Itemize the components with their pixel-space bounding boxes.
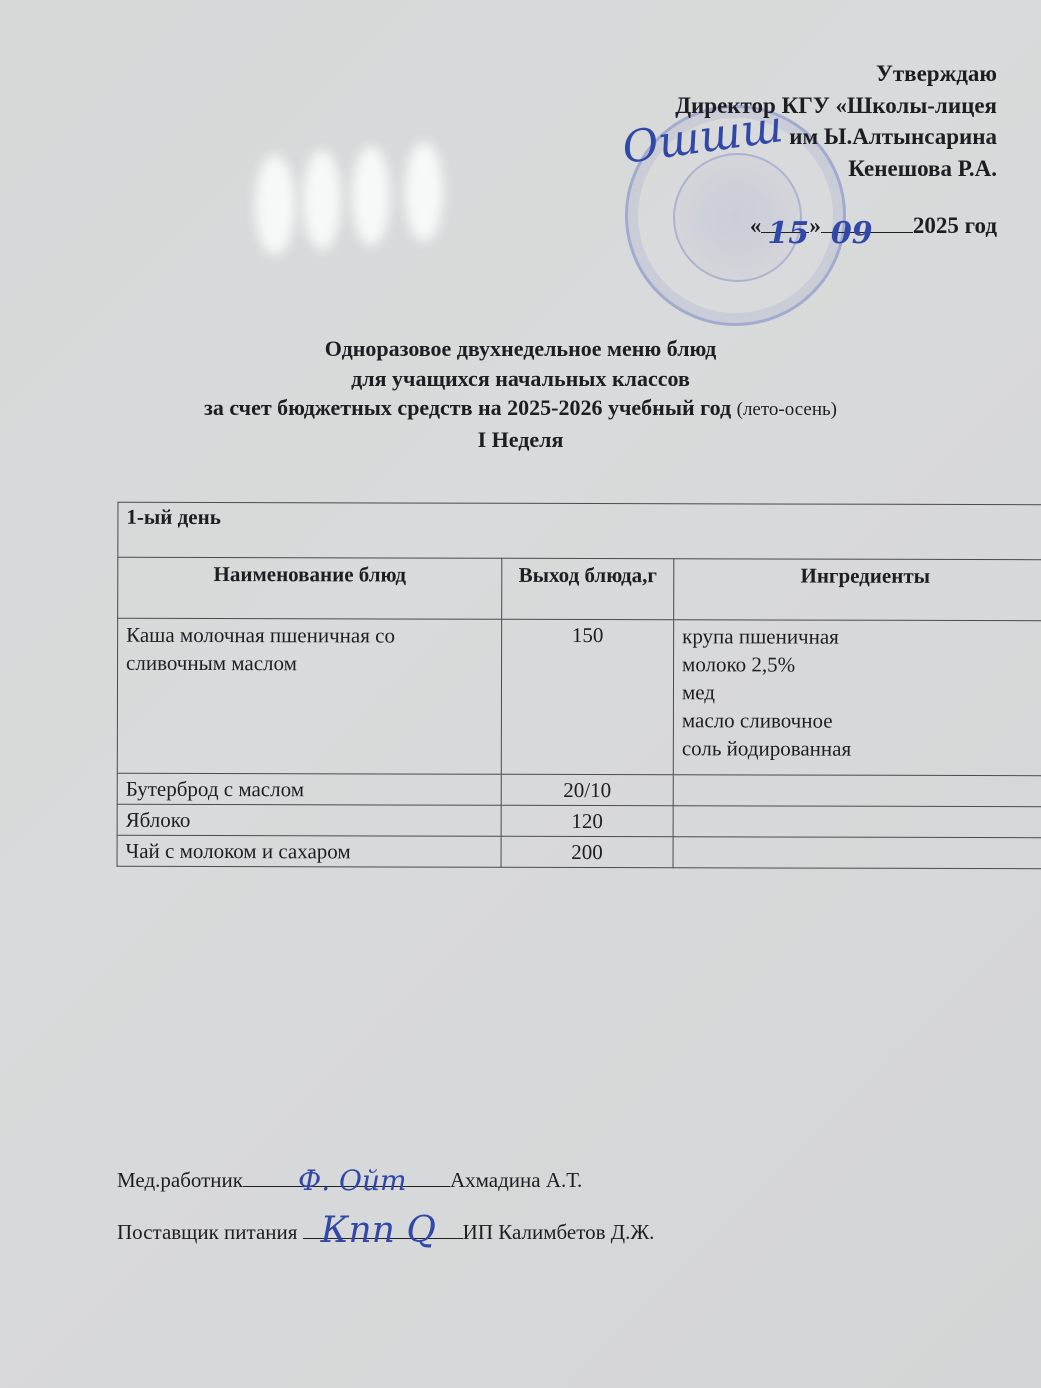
dish-output: 20/10	[501, 774, 673, 805]
dish-ingredients	[673, 837, 1041, 869]
glare-reflection	[255, 155, 295, 255]
title-line: за счет бюджетных средств на 2025-2026 у…	[0, 393, 1041, 425]
title-line: Одноразовое двухнедельное меню блюд	[0, 334, 1041, 364]
glare-reflection	[303, 150, 341, 250]
header-output: Выход блюда,г	[502, 558, 674, 619]
document-title: Одноразовое двухнедельное меню блюд для …	[0, 334, 1041, 454]
supplier-signature: Кпп Q	[321, 1210, 436, 1251]
table-row: Яблоко 120	[117, 804, 1041, 837]
dish-ingredients	[673, 775, 1041, 807]
table-row: Каша молочная пшеничная со сливочным мас…	[117, 618, 1041, 775]
dish-output: 150	[501, 619, 673, 774]
glare-reflection	[405, 142, 443, 242]
day-label: 1-ый день	[118, 502, 1041, 559]
menu-table: 1-ый день Наименование блюд Выход блюда,…	[117, 502, 1041, 869]
header-dish-name: Наименование блюд	[118, 557, 502, 619]
dish-name: Яблоко	[117, 804, 501, 836]
header-row: Наименование блюд Выход блюда,г Ингредие…	[118, 557, 1041, 620]
dish-ingredients	[673, 806, 1041, 838]
medic-signature: Ф. Ойт	[298, 1164, 407, 1197]
season-label: (лето-осень)	[737, 399, 837, 420]
dish-output: 120	[501, 805, 673, 836]
dish-output: 200	[501, 836, 673, 867]
week-label: I Неделя	[0, 425, 1041, 455]
approval-date: «15»092025 год	[675, 210, 997, 242]
medic-signature-line: Мед.работникФ. ОйтАхмадина А.Т.	[117, 1168, 582, 1193]
table-row: Бутерброд с маслом 20/10	[117, 773, 1041, 806]
date-day: 15	[761, 232, 809, 233]
glare-reflection	[352, 146, 390, 246]
day-row: 1-ый день	[118, 502, 1041, 559]
header-ingredients: Ингредиенты	[674, 559, 1041, 621]
date-year: 2025 год	[913, 213, 997, 238]
dish-ingredients: крупа пшеничная молоко 2,5% мед масло сл…	[673, 620, 1041, 776]
table-row: Чай с молоком и сахаром 200	[117, 835, 1041, 868]
dish-name: Каша молочная пшеничная со сливочным мас…	[117, 618, 501, 774]
dish-name: Бутерброд с маслом	[117, 773, 501, 805]
title-line: для учащихся начальных классов	[0, 364, 1041, 394]
dish-name: Чай с молоком и сахаром	[117, 835, 501, 867]
date-month: 09	[821, 232, 913, 233]
approval-line: Утверждаю	[675, 58, 997, 90]
supplier-signature-line: Поставщик питания Кпп QИП Калимбетов Д.Ж…	[117, 1220, 654, 1245]
